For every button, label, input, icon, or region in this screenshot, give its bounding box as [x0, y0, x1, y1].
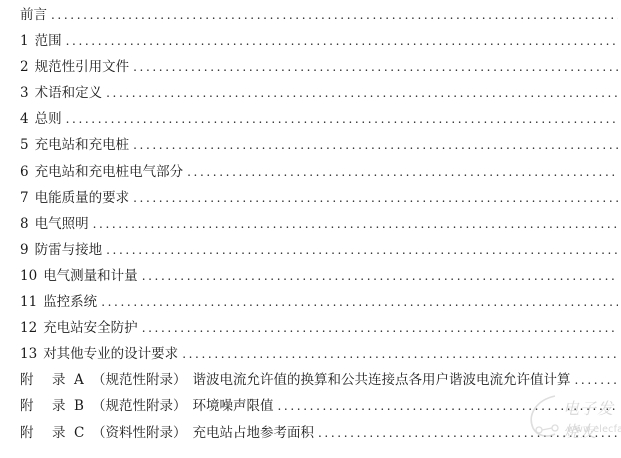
toc-entry-title: 范围 [35, 31, 62, 51]
dot-leader [93, 214, 618, 234]
toc-entry-title: 谐波电流允许值的换算和公共连接点各用户谐波电流允许值计算 [193, 370, 571, 390]
dot-leader [106, 83, 618, 103]
toc-entry-number: 5 [20, 135, 29, 155]
appendix-label-fu: 附 [20, 370, 52, 390]
appendix-letter: B [74, 396, 92, 416]
toc-entry-title: 环境噪声限值 [193, 396, 274, 416]
toc-entry-title: 前言 [20, 5, 47, 25]
dot-leader [318, 423, 618, 443]
toc-entry[interactable]: 10 电气测量和计量 [20, 266, 618, 292]
appendix-label-lu: 录 [52, 423, 74, 443]
toc-entry-title: 对其他专业的设计要求 [43, 344, 178, 364]
dot-leader [187, 162, 618, 182]
appendix-label: 附 录 C [20, 423, 92, 443]
toc-entry-number: 2 [20, 57, 29, 77]
appendix-type: （规范性附录） [92, 370, 187, 390]
toc-entry-number: 3 [20, 83, 29, 103]
dot-leader [575, 370, 619, 390]
toc-entry[interactable]: 6 充电站和充电桩电气部分 [20, 162, 618, 188]
toc-entry[interactable]: 2 规范性引用文件 [20, 57, 618, 83]
toc-entry-title: 充电站安全防护 [43, 318, 138, 338]
toc-entry-number: 6 [20, 162, 29, 182]
dot-leader [278, 396, 619, 416]
toc-entry[interactable]: 11 监控系统 [20, 292, 618, 318]
appendix-label-lu: 录 [52, 396, 74, 416]
toc-entry-number: 8 [20, 214, 29, 234]
dot-leader [133, 188, 618, 208]
toc-entry-title: 规范性引用文件 [35, 57, 130, 77]
toc-entry[interactable]: 5 充电站和充电桩 [20, 135, 618, 161]
appendix-letter: C [74, 423, 92, 443]
toc-entry[interactable]: 8 电气照明 [20, 214, 618, 240]
toc-entry-title: 电气照明 [35, 214, 89, 234]
toc-entry-number: 12 [20, 318, 37, 338]
dot-leader [182, 344, 618, 364]
appendix-label: 附 录 B [20, 396, 92, 416]
dot-leader [133, 135, 618, 155]
toc-entry-preface[interactable]: 前言 [20, 5, 618, 31]
table-of-contents: 前言 1 范围 2 规范性引用文件 3 术语和定义 4 总则 5 充电站和充电桩… [20, 5, 618, 449]
appendix-type: （资料性附录） [92, 423, 187, 443]
toc-entry[interactable]: 9 防雷与接地 [20, 240, 618, 266]
toc-entry-title: 电能质量的要求 [35, 188, 130, 208]
toc-appendix-a[interactable]: 附 录 A （规范性附录） 谐波电流允许值的换算和公共连接点各用户谐波电流允许值… [20, 370, 618, 396]
toc-entry-title: 监控系统 [43, 292, 97, 312]
appendix-label-fu: 附 [20, 423, 52, 443]
toc-entry-title: 术语和定义 [35, 83, 103, 103]
appendix-label-fu: 附 [20, 396, 52, 416]
dot-leader [66, 109, 618, 129]
dot-leader [51, 5, 618, 25]
toc-entry[interactable]: 13 对其他专业的设计要求 [20, 344, 618, 370]
toc-entry-title: 充电站占地参考面积 [193, 423, 315, 443]
appendix-type: （规范性附录） [92, 396, 187, 416]
toc-entry-title: 电气测量和计量 [43, 266, 138, 286]
toc-entry[interactable]: 1 范围 [20, 31, 618, 57]
dot-leader [66, 31, 618, 51]
toc-entry-number: 1 [20, 31, 29, 51]
toc-entry-title: 充电站和充电桩电气部分 [35, 162, 184, 182]
appendix-letter: A [74, 370, 92, 390]
toc-entry-title: 防雷与接地 [35, 240, 103, 260]
toc-entry-number: 9 [20, 240, 29, 260]
toc-entry-number: 10 [20, 266, 37, 286]
appendix-label: 附 录 A [20, 370, 92, 390]
toc-appendix-c[interactable]: 附 录 C （资料性附录） 充电站占地参考面积 [20, 423, 618, 449]
toc-entry[interactable]: 3 术语和定义 [20, 83, 618, 109]
dot-leader [101, 292, 618, 312]
toc-entry-title: 充电站和充电桩 [35, 135, 130, 155]
toc-entry-number: 11 [20, 292, 37, 312]
appendix-label-lu: 录 [52, 370, 74, 390]
dot-leader [142, 266, 618, 286]
toc-entry-number: 13 [20, 344, 37, 364]
toc-entry-title: 总则 [35, 109, 62, 129]
toc-entry-number: 7 [20, 188, 29, 208]
toc-appendix-b[interactable]: 附 录 B （规范性附录） 环境噪声限值 [20, 396, 618, 422]
toc-entry[interactable]: 7 电能质量的要求 [20, 188, 618, 214]
dot-leader [133, 57, 618, 77]
toc-entry[interactable]: 12 充电站安全防护 [20, 318, 618, 344]
toc-entry-number: 4 [20, 109, 29, 129]
toc-entry[interactable]: 4 总则 [20, 109, 618, 135]
dot-leader [106, 240, 618, 260]
dot-leader [142, 318, 618, 338]
